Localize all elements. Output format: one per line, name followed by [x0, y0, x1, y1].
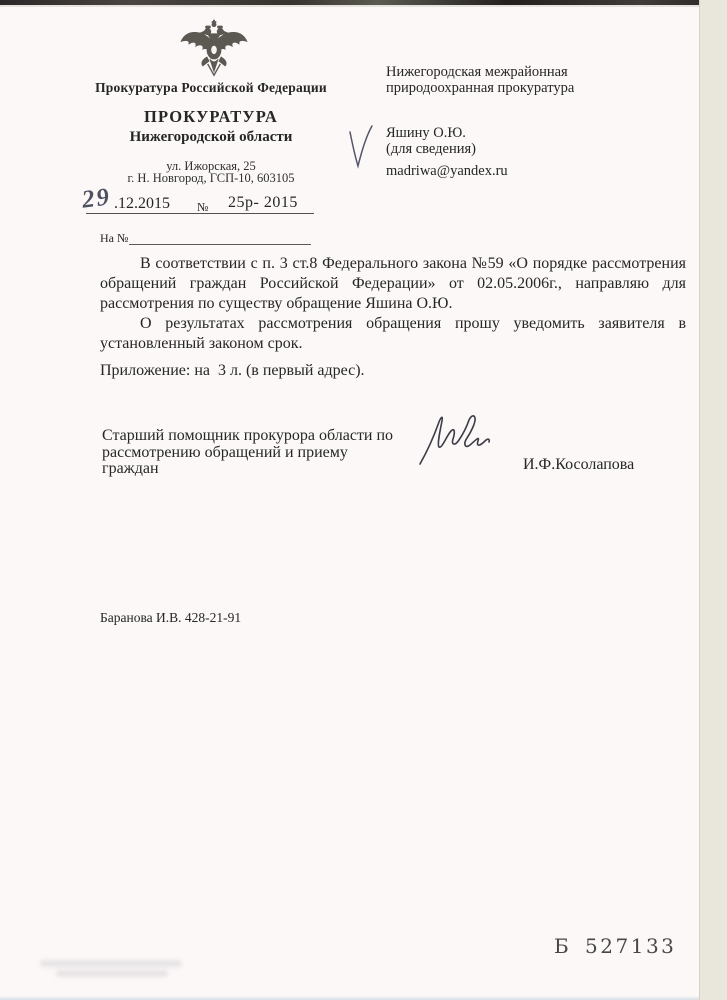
recipient-email: madriwa@yandex.ru [386, 163, 508, 180]
handwritten-signature [406, 408, 514, 468]
letter-date: .12.2015 [114, 195, 170, 213]
bleedthrough-text-smudge [56, 970, 168, 977]
scan-right-paper-edge [699, 0, 727, 1000]
incoming-ref-label: На № [100, 231, 128, 246]
scan-top-edge-highlight [0, 5, 727, 7]
incoming-ref-underline [129, 228, 311, 245]
body-paragraph-1: В соответствии с п. 3 ст.8 Федерального … [100, 254, 686, 314]
body-paragraph-2: О результатах рассмотрения обращения про… [100, 314, 686, 354]
russia-coat-of-arms-icon [176, 19, 252, 78]
executor-contact: Баранова И.В. 428-21-91 [100, 610, 241, 626]
form-serial-number: Б 527133 [554, 934, 676, 958]
attachment-line: Приложение: на 3 л. (в первый адрес). [100, 362, 365, 380]
recipient-note: (для сведения) [386, 141, 476, 158]
letter-body: В соответствии с п. 3 ст.8 Федерального … [100, 254, 686, 354]
recipient-person: Яшину О.Ю. [386, 125, 466, 142]
signer-name: И.Ф.Косолапова [523, 456, 634, 474]
handwritten-date-day: 29 [80, 183, 112, 214]
handwritten-checkmark-icon [347, 125, 375, 173]
federal-org-title: Прокуратура Российской Федерации [56, 80, 366, 96]
bleedthrough-text-smudge [40, 960, 182, 967]
outgoing-number: 25р- 2015 [228, 194, 298, 212]
org-title: ПРОКУРАТУРА [56, 107, 366, 127]
scan-bottom-edge [0, 996, 699, 1000]
number-sign: № [197, 200, 208, 215]
org-subtitle: Нижегородской области [56, 129, 366, 146]
scanned-letter-page: Прокуратура Российской Федерации ПРОКУРА… [0, 0, 727, 1000]
recipient-organization: Нижегородская межрайонная природоохранна… [386, 65, 574, 96]
